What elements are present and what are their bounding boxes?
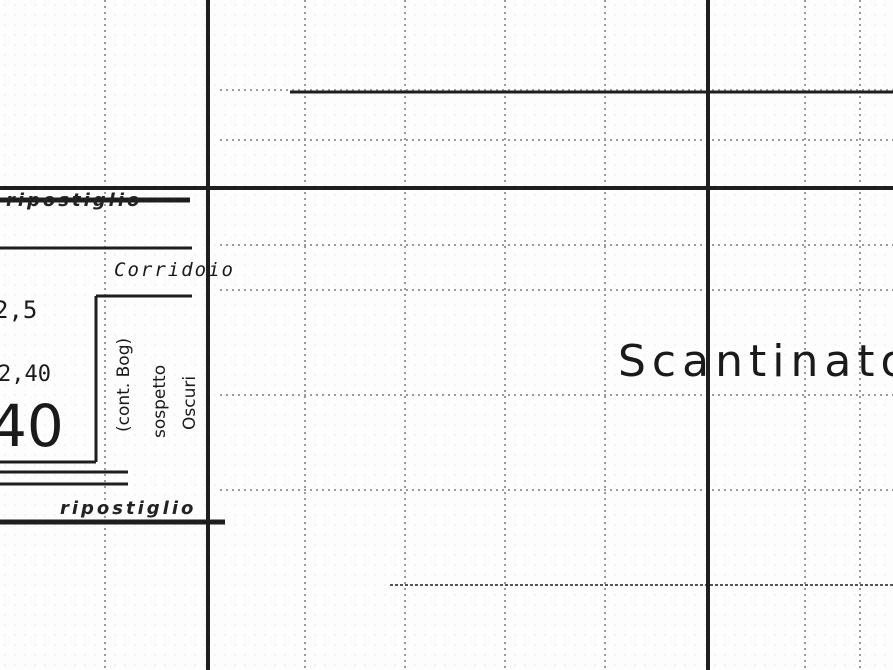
struck-text-bottom: ripostiglio (60, 498, 196, 519)
dimension-label-mid: 2,40 (0, 362, 51, 387)
dimension-label-top: 2,5 (0, 296, 37, 324)
vertical-note-2: sospetto (150, 365, 170, 438)
room-label-corridor: Corridoio (114, 259, 235, 281)
room-label-scantinato: Scantinato (618, 336, 893, 387)
dimension-label-large: 40 (0, 392, 64, 460)
struck-text-top: ripostiglio (6, 190, 142, 211)
vertical-note-3: Oscuri (180, 376, 200, 430)
floor-plan: Scantinato Corridoio 2,5 2,40 40 (cont. … (0, 0, 893, 670)
plan-grid (0, 0, 893, 670)
vertical-note-1: (cont. Bog) (114, 338, 134, 432)
